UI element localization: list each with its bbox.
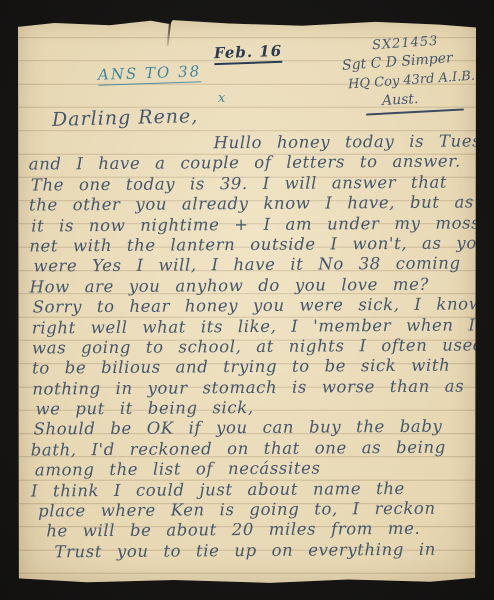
answer-annotation: ANS TO 38 [98, 62, 202, 86]
sender-country: Aust. [382, 91, 419, 109]
country-underline [366, 108, 464, 115]
letter-page: Feb. 16 SX21453 Sgt C D Simper HQ Coy 43… [18, 19, 476, 584]
date-stamp: Feb. 16 [214, 42, 283, 65]
letter-body: Hullo honey today is Tuesand I have a co… [27, 131, 474, 562]
letter-line: Trust you to tie up on everything in [29, 539, 473, 562]
salutation: Darling Rene, [52, 105, 199, 131]
service-number: SX21453 [372, 34, 439, 54]
paper-tear-mark [167, 19, 172, 46]
letter-photograph: Feb. 16 SX21453 Sgt C D Simper HQ Coy 43… [0, 0, 494, 600]
cross-mark: x [218, 91, 225, 106]
